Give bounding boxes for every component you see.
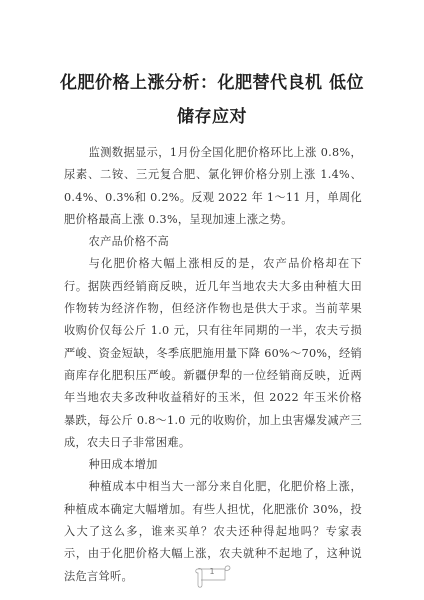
section-heading: 种田成本增加 [64, 454, 362, 476]
page-footer: 1 [192, 563, 232, 587]
paragraph: 监测数据显示，1月份全国化肥价格环比上涨 0.8%，尿素、二铵、三元复合肥、氯化… [64, 142, 362, 231]
document-body: 监测数据显示，1月份全国化肥价格环比上涨 0.8%，尿素、二铵、三元复合肥、氯化… [64, 142, 362, 588]
document-title: 化肥价格上涨分析：化肥替代良机 低位储存应对 [60, 66, 364, 134]
section-heading: 农产品价格不高 [64, 231, 362, 253]
page-number: 1 [192, 567, 232, 576]
paragraph: 与化肥价格大幅上涨相反的是，农产品价格却在下行。据陕西经销商反映，近几年当地农夫… [64, 253, 362, 454]
